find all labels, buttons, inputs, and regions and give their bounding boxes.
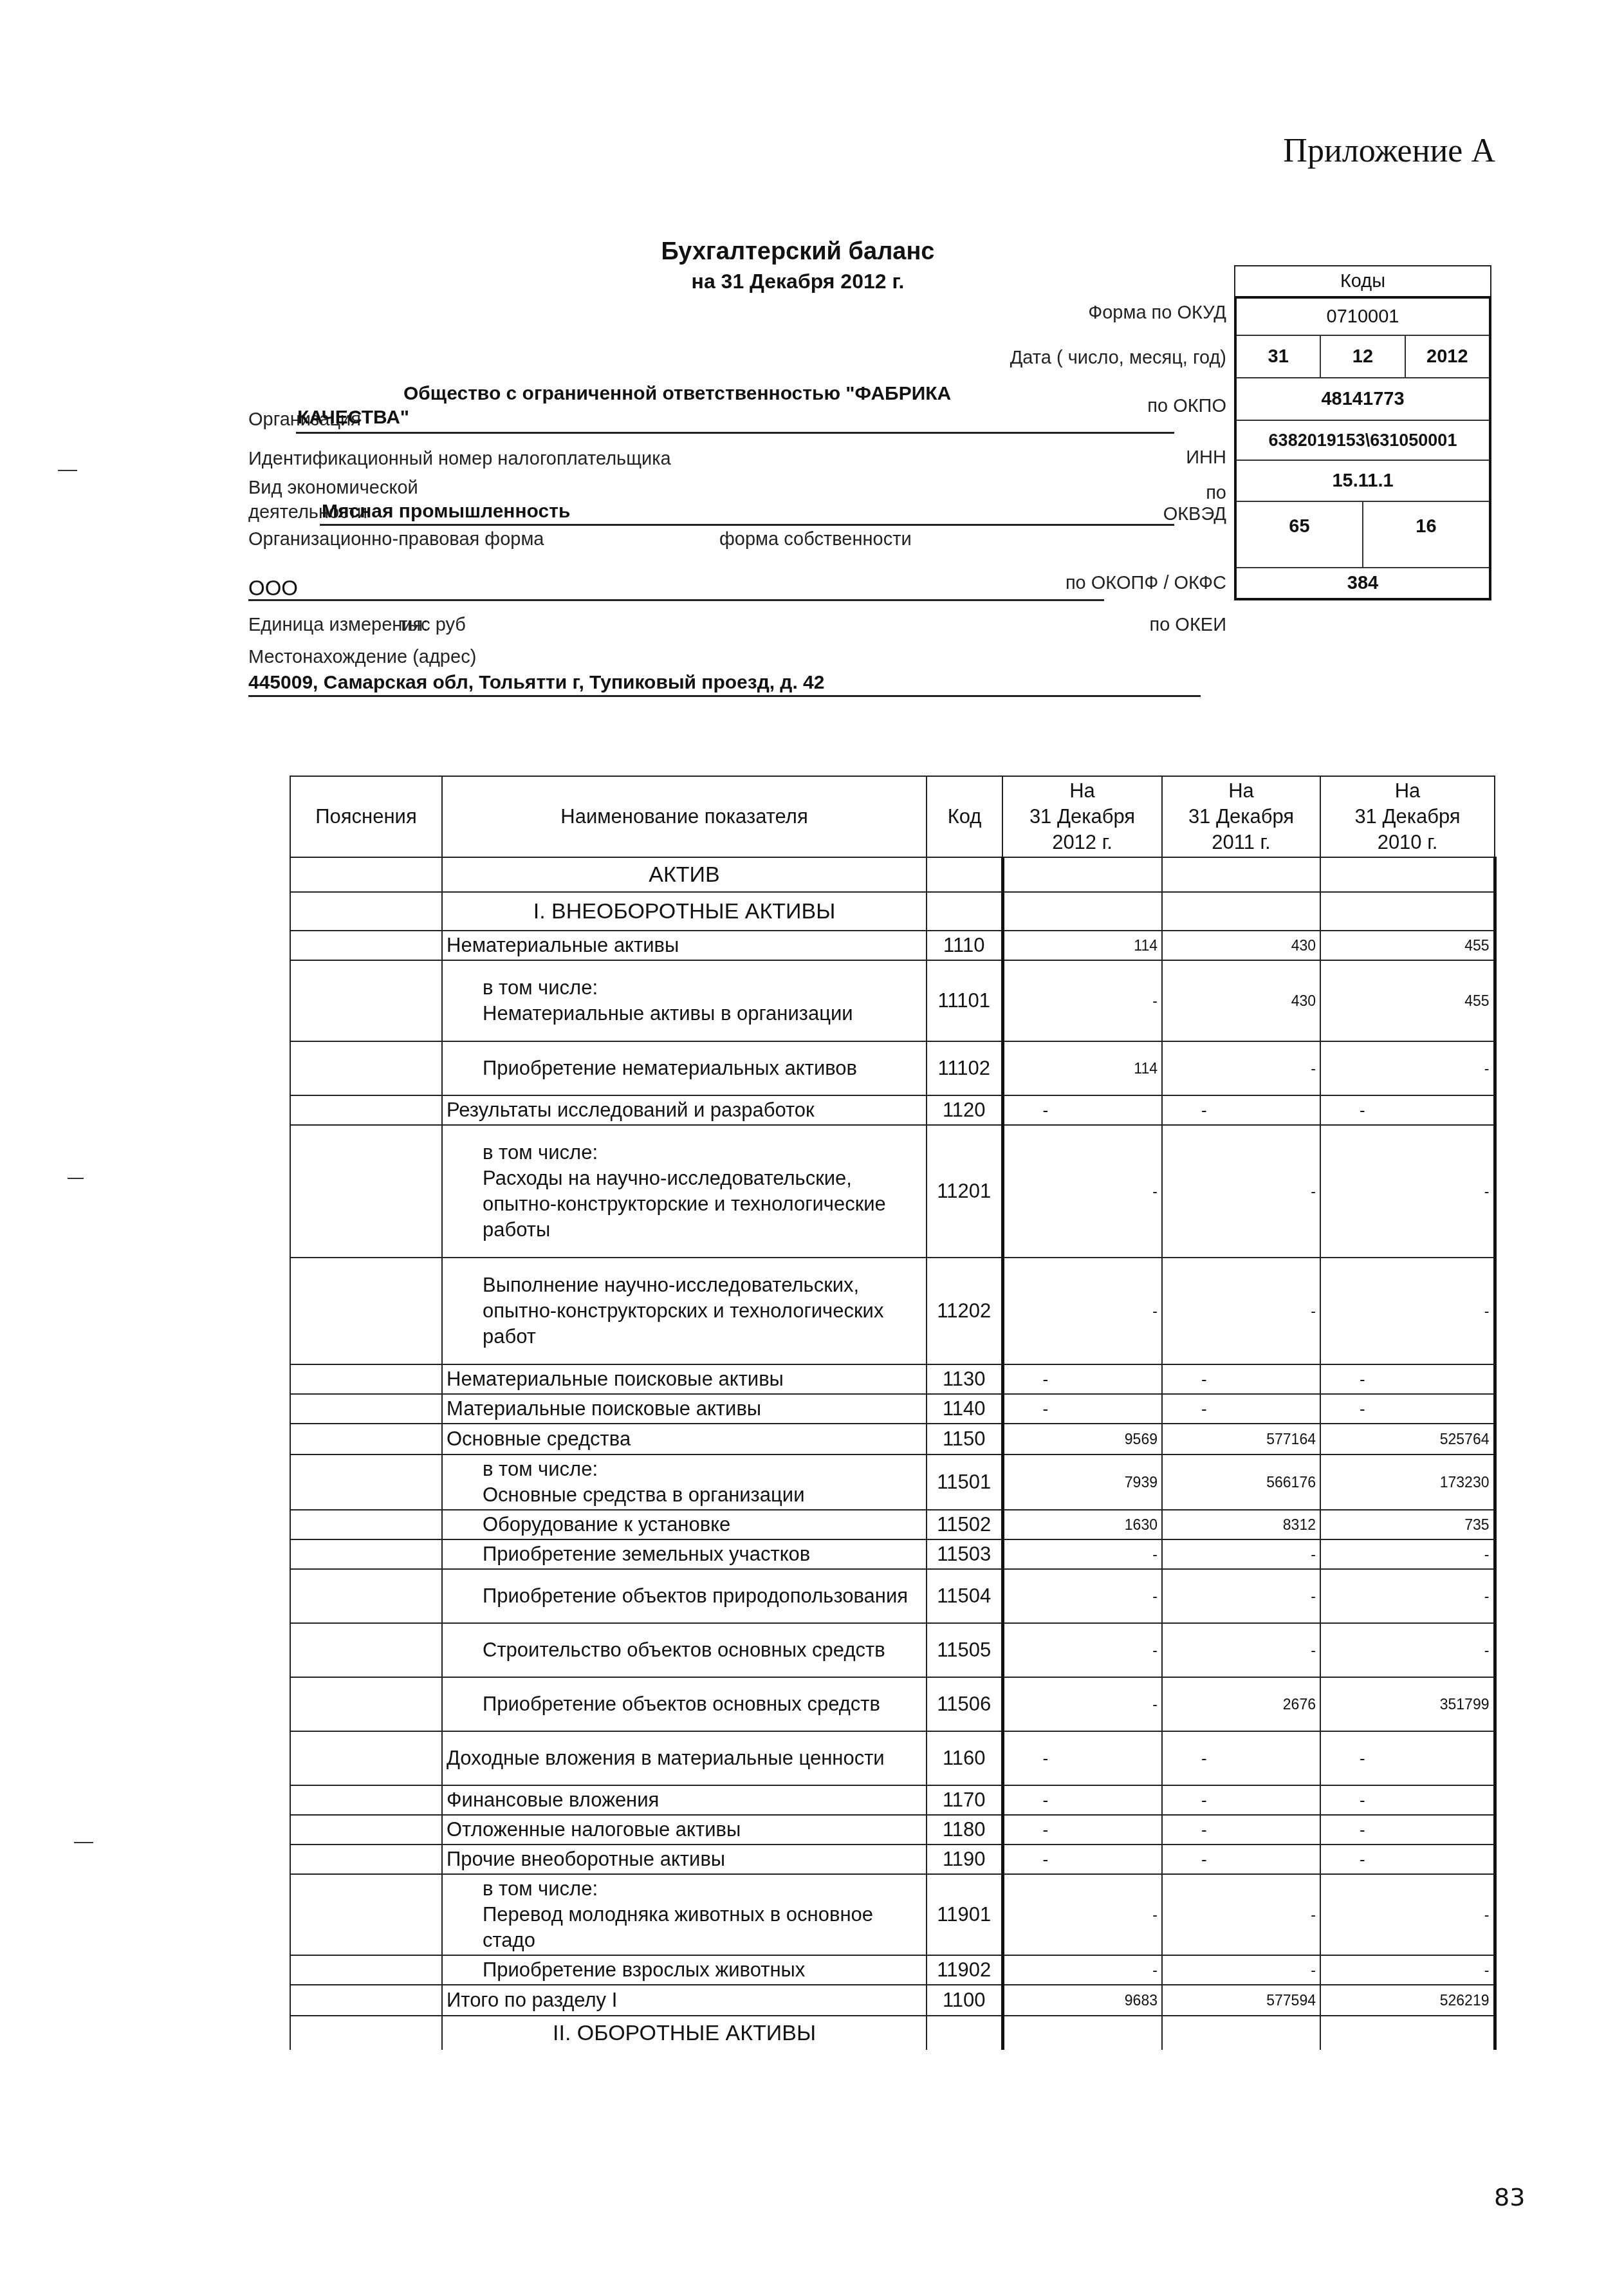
value-2010: - <box>1320 1125 1495 1258</box>
value-2012: - <box>1002 1955 1162 1985</box>
indicator-code: 1170 <box>927 1785 1002 1815</box>
value-2011: - <box>1162 1095 1320 1125</box>
document-title: Бухгалтерский баланс на 31 Декабря 2012 … <box>621 237 975 296</box>
including-label: в том числе: <box>483 1876 922 1902</box>
indicator-name-text: Нематериальные активы <box>447 933 922 958</box>
table-row: Финансовые вложения 1170 - - - <box>290 1785 1495 1815</box>
value-2011: - <box>1162 1125 1320 1258</box>
notes-cell <box>290 1394 442 1424</box>
value-2010 <box>1320 857 1495 892</box>
value-2012: - <box>1002 1815 1162 1845</box>
indicator-name: Приобретение земельных участков <box>442 1539 927 1569</box>
value-2012 <box>1002 857 1162 892</box>
col-header-2010: На31 Декабря2010 г. <box>1320 776 1495 857</box>
including-label: в том числе: <box>483 1140 922 1166</box>
date-day: 31 <box>1237 336 1320 377</box>
value-2012: - <box>1002 1539 1162 1569</box>
value-2011: - <box>1162 1955 1320 1985</box>
notes-cell <box>290 1815 442 1845</box>
value-2012: 9569 <box>1002 1424 1162 1454</box>
value-2010: 173230 <box>1320 1454 1495 1510</box>
value-2012 <box>1002 2016 1162 2050</box>
value-2010 <box>1320 2016 1495 2050</box>
legal-form-label: Организационно-правовая форма <box>248 529 544 550</box>
table-row: Отложенные налоговые активы 1180 - - - <box>290 1815 1495 1845</box>
value-2010: - <box>1320 1364 1495 1394</box>
indicator-name-text: Финансовые вложения <box>447 1787 922 1813</box>
indicator-code: 11502 <box>927 1510 1002 1539</box>
value-2012: - <box>1002 1364 1162 1394</box>
okei-value: 384 <box>1237 568 1489 598</box>
value-2012: - <box>1002 1095 1162 1125</box>
value-2012: - <box>1002 1845 1162 1874</box>
notes-cell <box>290 931 442 960</box>
value-2010: 525764 <box>1320 1424 1495 1454</box>
col-header-notes: Пояснения <box>290 776 442 857</box>
value-2010: - <box>1320 1731 1495 1785</box>
value-2010 <box>1320 892 1495 931</box>
table-row: Итого по разделу I 1100 9683 577594 5262… <box>290 1985 1495 2016</box>
value-2011: - <box>1162 1731 1320 1785</box>
indicator-name: Строительство объектов основных средств <box>442 1623 927 1677</box>
table-row: Выполнение научно-исследовательских, опы… <box>290 1258 1495 1364</box>
value-2010: - <box>1320 1539 1495 1569</box>
notes-cell <box>290 1095 442 1125</box>
value-2011: - <box>1162 1569 1320 1623</box>
table-row: Результаты исследований и разработок 112… <box>290 1095 1495 1125</box>
okopf-value: 65 <box>1237 502 1362 567</box>
org-underline <box>296 432 1174 434</box>
indicator-code: 11901 <box>927 1874 1002 1955</box>
value-2010: 455 <box>1320 931 1495 960</box>
value-2011: 2676 <box>1162 1677 1320 1731</box>
value-2010: - <box>1320 1845 1495 1874</box>
value-2012: 1630 <box>1002 1510 1162 1539</box>
value-2011: 577594 <box>1162 1985 1320 2016</box>
indicator-name-text: Перевод молодняка животных в основное ст… <box>483 1902 922 1953</box>
notes-cell <box>290 1454 442 1510</box>
indicator-code: 1100 <box>927 1985 1002 2016</box>
inn-label: ИНН <box>1186 447 1226 469</box>
scan-mark <box>58 470 77 471</box>
indicator-name: Итого по разделу I <box>442 1985 927 2016</box>
indicator-name: Материальные поисковые активы <box>442 1394 927 1424</box>
section-2-heading: II. ОБОРОТНЫЕ АКТИВЫ <box>442 2016 927 2050</box>
legal-form-underline <box>248 599 1104 601</box>
value-2010: - <box>1320 1874 1495 1955</box>
value-2012: - <box>1002 1569 1162 1623</box>
table-row: Приобретение взрослых животных 11902 - -… <box>290 1955 1495 1985</box>
value-2010: 351799 <box>1320 1677 1495 1731</box>
table-row: Приобретение объектов основных средств 1… <box>290 1677 1495 1731</box>
table-row: Оборудование к установке 11502 1630 8312… <box>290 1510 1495 1539</box>
indicator-name: Нематериальные поисковые активы <box>442 1364 927 1394</box>
table-row: Доходные вложения в материальные ценност… <box>290 1731 1495 1785</box>
date-label: Дата ( число, месяц, год) <box>1010 348 1226 369</box>
value-2010: - <box>1320 1095 1495 1125</box>
col-header-name: Наименование показателя <box>442 776 927 857</box>
indicator-name: Основные средства <box>442 1424 927 1454</box>
org-name-line2: КАЧЕСТВА" <box>297 407 409 429</box>
value-2010: 526219 <box>1320 1985 1495 2016</box>
indicator-name: Нематериальные активы <box>442 931 927 960</box>
notes-cell <box>290 1569 442 1623</box>
indicator-name-text: Приобретение объектов природопользования <box>483 1583 922 1609</box>
value-2012: - <box>1002 1677 1162 1731</box>
table-header-row: Пояснения Наименование показателя Код На… <box>290 776 1495 857</box>
notes-cell <box>290 1510 442 1539</box>
okved-label-2: ОКВЭД <box>1163 504 1226 525</box>
okved-label-1: по <box>1206 483 1226 504</box>
value-2011: 8312 <box>1162 1510 1320 1539</box>
value-2011: - <box>1162 1874 1320 1955</box>
okopf-label: по ОКОПФ / ОКФС <box>1066 573 1226 594</box>
value-2011: - <box>1162 1364 1320 1394</box>
value-2010: - <box>1320 1623 1495 1677</box>
date-month: 12 <box>1320 336 1404 377</box>
including-label: в том числе: <box>483 975 922 1001</box>
value-2012: - <box>1002 1731 1162 1785</box>
notes-cell <box>290 1845 442 1874</box>
indicator-name-text: Итого по разделу I <box>447 1987 922 2013</box>
notes-cell <box>290 1364 442 1394</box>
value-2011: 566176 <box>1162 1454 1320 1510</box>
code-cell <box>927 857 1002 892</box>
table-row: Нематериальные активы 1110 114 430 455 <box>290 931 1495 960</box>
value-2010: - <box>1320 1955 1495 1985</box>
okpo-value: 48141773 <box>1237 378 1489 420</box>
value-2010: - <box>1320 1785 1495 1815</box>
indicator-code: 11505 <box>927 1623 1002 1677</box>
address-value: 445009, Самарская обл, Тольятти г, Тупик… <box>248 672 824 694</box>
table-row: в том числе:Основные средства в организа… <box>290 1454 1495 1510</box>
table-row: Строительство объектов основных средств … <box>290 1623 1495 1677</box>
value-2010: 735 <box>1320 1510 1495 1539</box>
appendix-label: Приложение А <box>1283 132 1495 170</box>
indicator-code: 1110 <box>927 931 1002 960</box>
value-2012: - <box>1002 1125 1162 1258</box>
indicator-code: 11506 <box>927 1677 1002 1731</box>
indicator-name-text: Основные средства в организации <box>483 1482 922 1508</box>
notes-cell <box>290 857 442 892</box>
legal-form-value: ООО <box>248 576 298 600</box>
indicator-name-text: Материальные поисковые активы <box>447 1396 922 1422</box>
indicator-name-text: Нематериальные активы в организации <box>483 1001 922 1027</box>
okei-label: по ОКЕИ <box>1149 615 1226 636</box>
indicator-code: 1120 <box>927 1095 1002 1125</box>
indicator-name-text: Нематериальные поисковые активы <box>447 1366 922 1392</box>
title-text: Бухгалтерский баланс <box>621 237 975 266</box>
notes-cell <box>290 1731 442 1785</box>
value-2011: - <box>1162 1785 1320 1815</box>
inn-value: 6382019153\631050001 <box>1237 421 1489 460</box>
including-label: в том числе: <box>483 1456 922 1482</box>
value-2011: - <box>1162 1845 1320 1874</box>
indicator-name: Приобретение объектов основных средств <box>442 1677 927 1731</box>
indicator-name-text: Приобретение земельных участков <box>483 1541 922 1567</box>
indicator-name: Результаты исследований и разработок <box>442 1095 927 1125</box>
value-2012: 7939 <box>1002 1454 1162 1510</box>
table-row: в том числе:Нематериальные активы в орга… <box>290 960 1495 1041</box>
value-2010: - <box>1320 1258 1495 1364</box>
indicator-code: 11101 <box>927 960 1002 1041</box>
indicator-code: 11503 <box>927 1539 1002 1569</box>
code-cell <box>927 2016 1002 2050</box>
value-2011: - <box>1162 1539 1320 1569</box>
notes-cell <box>290 892 442 931</box>
indicator-name: Приобретение нематериальных активов <box>442 1041 927 1095</box>
indicator-code: 11202 <box>927 1258 1002 1364</box>
table-row: Приобретение объектов природопользования… <box>290 1569 1495 1623</box>
value-2012 <box>1002 892 1162 931</box>
scan-mark <box>68 1178 84 1179</box>
indicator-code: 1190 <box>927 1845 1002 1874</box>
value-2011: - <box>1162 1815 1320 1845</box>
indicator-name: Отложенные налоговые активы <box>442 1815 927 1845</box>
value-2012: 114 <box>1002 1041 1162 1095</box>
address-underline <box>248 695 1201 697</box>
indicator-code: 1150 <box>927 1424 1002 1454</box>
indicator-name-text: Результаты исследований и разработок <box>447 1097 922 1123</box>
indicator-name-text: Основные средства <box>447 1426 922 1452</box>
indicator-code: 11501 <box>927 1454 1002 1510</box>
value-2011: - <box>1162 1258 1320 1364</box>
value-2012: - <box>1002 1394 1162 1424</box>
notes-cell <box>290 1955 442 1985</box>
scan-mark <box>74 1842 93 1843</box>
table-row: Материальные поисковые активы 1140 - - - <box>290 1394 1495 1424</box>
value-2010: - <box>1320 1041 1495 1095</box>
value-2012: - <box>1002 1623 1162 1677</box>
value-2012: - <box>1002 960 1162 1041</box>
section-row: I. ВНЕОБОРОТНЫЕ АКТИВЫ <box>290 892 1495 931</box>
value-2010: - <box>1320 1569 1495 1623</box>
value-2011: - <box>1162 1623 1320 1677</box>
value-2011: 577164 <box>1162 1424 1320 1454</box>
notes-cell <box>290 1125 442 1258</box>
notes-cell <box>290 1874 442 1955</box>
indicator-name: Доходные вложения в материальные ценност… <box>442 1731 927 1785</box>
indicator-code: 11504 <box>927 1569 1002 1623</box>
indicator-name-text: Прочие внеоборотные активы <box>447 1846 922 1872</box>
section-row: АКТИВ <box>290 857 1495 892</box>
col-header-2011: На31 Декабря2011 г. <box>1162 776 1320 857</box>
indicator-code: 1140 <box>927 1394 1002 1424</box>
indicator-code: 1180 <box>927 1815 1002 1845</box>
indicator-name: Прочие внеоборотные активы <box>442 1845 927 1874</box>
value-2011: 430 <box>1162 931 1320 960</box>
indicator-name: Приобретение объектов природопользования <box>442 1569 927 1623</box>
indicator-name-text: Оборудование к установке <box>483 1512 922 1538</box>
value-2011 <box>1162 2016 1320 2050</box>
okud-label: Форма по ОКУД <box>1088 302 1226 324</box>
indicator-name: Финансовые вложения <box>442 1785 927 1815</box>
code-cell <box>927 892 1002 931</box>
value-2012: - <box>1002 1258 1162 1364</box>
okud-value: 0710001 <box>1237 299 1489 335</box>
table-row: Приобретение нематериальных активов 1110… <box>290 1041 1495 1095</box>
value-2011 <box>1162 892 1320 931</box>
value-2011 <box>1162 857 1320 892</box>
value-2010: - <box>1320 1815 1495 1845</box>
indicator-name: Приобретение взрослых животных <box>442 1955 927 1985</box>
indicator-name-text: Приобретение объектов основных средств <box>483 1691 922 1717</box>
title-date: на 31 Декабря 2012 г. <box>621 266 975 296</box>
notes-cell <box>290 1539 442 1569</box>
indicator-name-text: Отложенные налоговые активы <box>447 1817 922 1843</box>
okved-value: 15.11.1 <box>1237 461 1489 501</box>
indicator-name: в том числе:Основные средства в организа… <box>442 1454 927 1510</box>
ownership-label: форма собственности <box>719 529 912 550</box>
section-1-heading: I. ВНЕОБОРОТНЫЕ АКТИВЫ <box>442 892 927 931</box>
notes-cell <box>290 1985 442 2016</box>
date-year: 2012 <box>1405 336 1489 377</box>
value-2012: - <box>1002 1874 1162 1955</box>
notes-cell <box>290 1677 442 1731</box>
indicator-code: 11902 <box>927 1955 1002 1985</box>
indicator-name: в том числе:Расходы на научно-исследоват… <box>442 1125 927 1258</box>
notes-cell <box>290 1041 442 1095</box>
col-header-code: Код <box>927 776 1002 857</box>
indicator-name-text: Расходы на научно-исследовательские, опы… <box>483 1166 922 1243</box>
indicator-name-text: Строительство объектов основных средств <box>483 1637 922 1663</box>
balance-table: Пояснения Наименование показателя Код На… <box>290 776 1497 2050</box>
indicator-code: 1160 <box>927 1731 1002 1785</box>
value-2012: 9683 <box>1002 1985 1162 2016</box>
value-2010: - <box>1320 1394 1495 1424</box>
section-asset-heading: АКТИВ <box>442 857 927 892</box>
notes-cell <box>290 960 442 1041</box>
table-row: Прочие внеоборотные активы 1190 - - - <box>290 1845 1495 1874</box>
value-2011: - <box>1162 1394 1320 1424</box>
indicator-name-text: Приобретение нематериальных активов <box>483 1055 922 1081</box>
table-row: Нематериальные поисковые активы 1130 - -… <box>290 1364 1495 1394</box>
value-2011: 430 <box>1162 960 1320 1041</box>
notes-cell <box>290 1258 442 1364</box>
section-row: II. ОБОРОТНЫЕ АКТИВЫ <box>290 2016 1495 2050</box>
indicator-name: Выполнение научно-исследовательских, опы… <box>442 1258 927 1364</box>
indicator-code: 11102 <box>927 1041 1002 1095</box>
value-2012: - <box>1002 1785 1162 1815</box>
indicator-name: в том числе:Нематериальные активы в орга… <box>442 960 927 1041</box>
value-2010: 455 <box>1320 960 1495 1041</box>
indicator-name: в том числе:Перевод молодняка животных в… <box>442 1874 927 1955</box>
indicator-code: 1130 <box>927 1364 1002 1394</box>
org-name-line1: Общество с ограниченной ответственностью… <box>403 383 951 405</box>
notes-cell <box>290 1623 442 1677</box>
indicator-code: 11201 <box>927 1125 1002 1258</box>
page-number: 83 <box>1494 2183 1525 2211</box>
codes-box: Коды 0710001 31 12 2012 48141773 6382019… <box>1234 265 1491 600</box>
activity-value: Мясная промышленность <box>322 501 570 523</box>
notes-cell <box>290 1785 442 1815</box>
value-2012: 114 <box>1002 931 1162 960</box>
okfs-value: 16 <box>1362 502 1489 567</box>
table-row: Основные средства 1150 9569 577164 52576… <box>290 1424 1495 1454</box>
indicator-name: Оборудование к установке <box>442 1510 927 1539</box>
indicator-name-text: Приобретение взрослых животных <box>483 1957 922 1983</box>
notes-cell <box>290 1424 442 1454</box>
value-2011: - <box>1162 1041 1320 1095</box>
indicator-name-text: Выполнение научно-исследовательских, опы… <box>483 1272 922 1350</box>
table-row: в том числе:Перевод молодняка животных в… <box>290 1874 1495 1955</box>
col-header-2012: На31 Декабря2012 г. <box>1002 776 1162 857</box>
codes-header: Коды <box>1234 265 1491 296</box>
activity-underline <box>320 524 1174 526</box>
inn-caption: Идентификационный номер налогоплательщик… <box>248 449 671 470</box>
okpo-label: по ОКПО <box>1147 396 1226 417</box>
table-row: в том числе:Расходы на научно-исследоват… <box>290 1125 1495 1258</box>
notes-cell <box>290 2016 442 2050</box>
address-label: Местонахождение (адрес) <box>248 647 476 668</box>
unit-value: тыс руб <box>399 615 466 636</box>
indicator-name-text: Доходные вложения в материальные ценност… <box>447 1745 922 1771</box>
table-row: Приобретение земельных участков 11503 - … <box>290 1539 1495 1569</box>
activity-label-1: Вид экономической <box>248 478 418 499</box>
